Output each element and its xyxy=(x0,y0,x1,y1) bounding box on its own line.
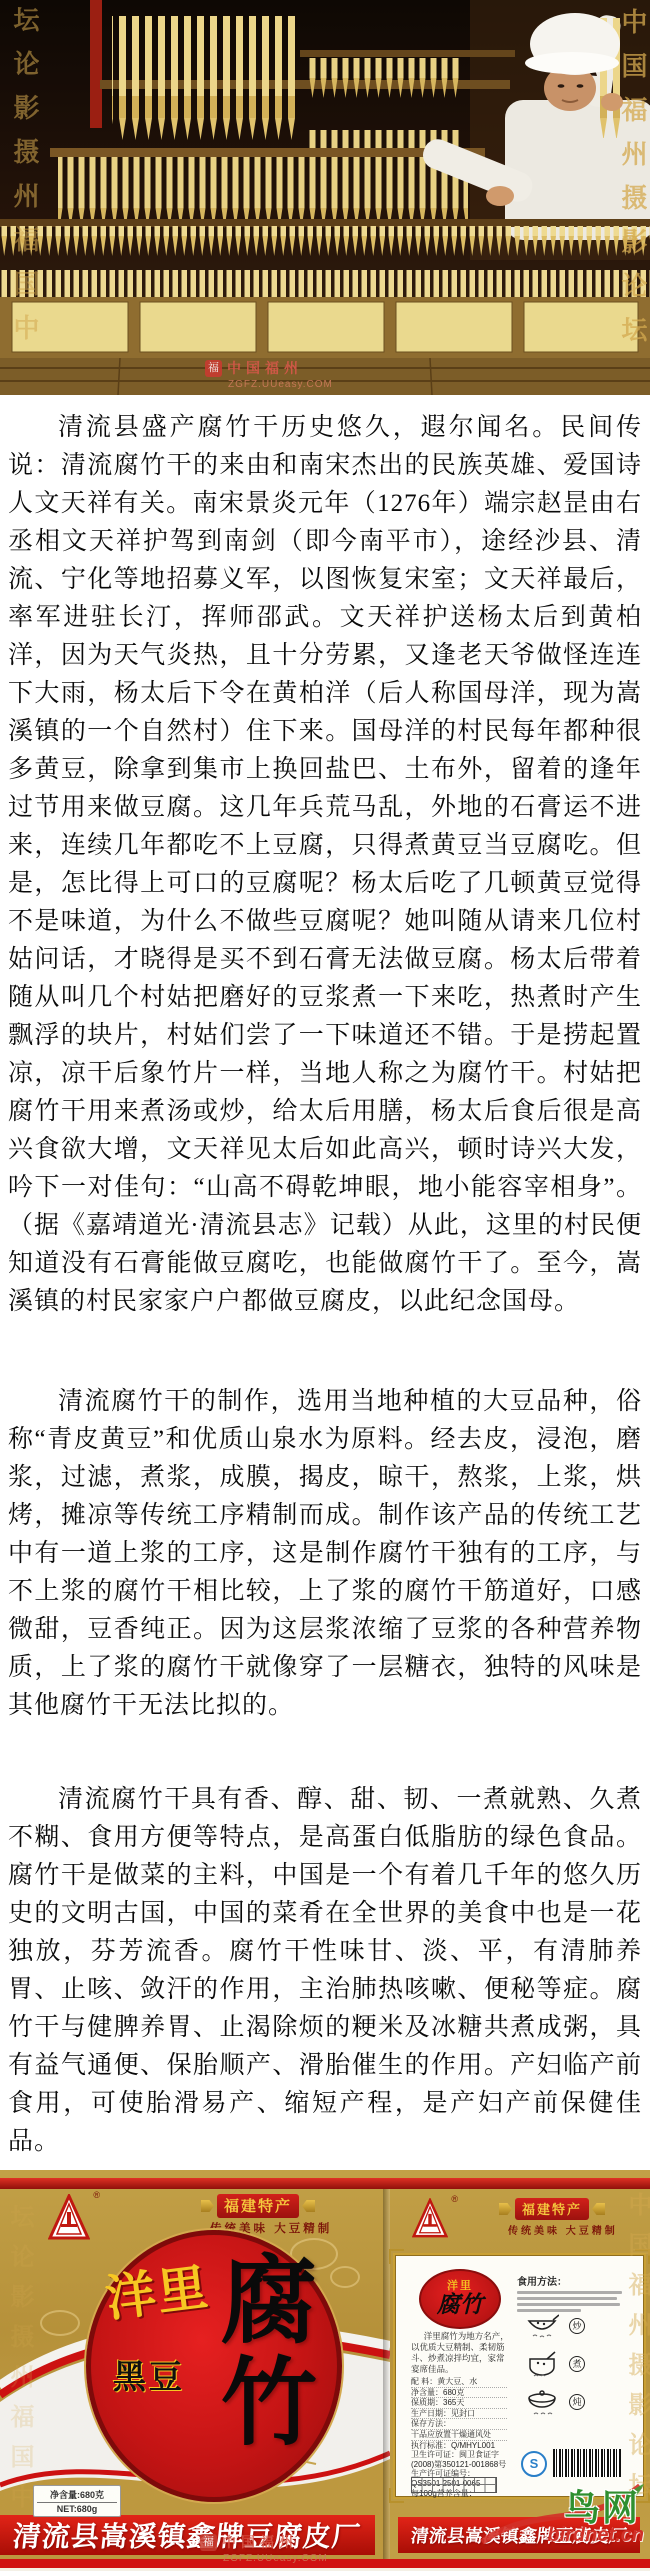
field-line: (2008)第350121-001868号 xyxy=(411,2460,507,2470)
badge-wing-icon xyxy=(201,2200,214,2212)
side-oval-logo: 洋里 腐竹 xyxy=(419,2269,501,2329)
page: 坛论影摄州福国中 中国福州摄影论坛 福 中国福州 ZGFZ.UUeasy.COM… xyxy=(0,0,650,2571)
cook-label: 炒 xyxy=(569,2318,585,2334)
worker-hand xyxy=(486,186,514,206)
product-name: 腐竹 xyxy=(213,2251,325,2455)
package-watermark-right-column: 中国福州摄影论坛 xyxy=(620,2192,650,2512)
net-weight-cn: 净含量:680克 xyxy=(37,2488,117,2503)
worker-hand xyxy=(601,93,623,111)
field-line: 净含量：680克 xyxy=(411,2388,507,2399)
variety-name: 黑豆 xyxy=(113,2351,185,2398)
fujian-specialty-badge: 福建特产 xyxy=(496,2198,608,2220)
badge-subtitle: 传统美味 大豆精制 xyxy=(508,2222,618,2237)
yuba-strips-bank xyxy=(0,226,650,300)
fine-print-line xyxy=(517,2297,617,2300)
drying-trays xyxy=(0,297,650,358)
net-weight-badge: 净含量:680克 NET:680g xyxy=(33,2485,121,2517)
usage-instructions: 食用方法： xyxy=(517,2273,629,2315)
cooking-method-row: 炖 xyxy=(525,2389,630,2415)
birdnet-watermark: 鸟网 birdnet.cn xyxy=(478,2480,646,2568)
fine-print-line xyxy=(517,2291,622,2294)
fine-print-line xyxy=(517,2303,620,2306)
cooking-method-row: 煮 xyxy=(525,2351,630,2377)
cooking-method-row: 炒 xyxy=(525,2313,630,2339)
photo-watermark-center: 福 中国福州 ZGFZ.UUeasy.COM xyxy=(205,358,333,390)
watermark-city-text: 中国福州 xyxy=(227,358,303,378)
fine-print-line xyxy=(517,2309,581,2312)
paragraph-qualities: 清流腐竹干具有香、醇、甜、韧、一煮就熟、久煮不糊、食用方便等特点，是高蛋白低脂肪… xyxy=(8,1781,642,2161)
side-brand-name: 洋里 xyxy=(421,2277,499,2293)
field-line: 执行标准：Q/MHYL001 xyxy=(411,2441,507,2451)
product-package-image: ® 福建特产 传统美味 大豆精制 洋 xyxy=(0,2170,650,2571)
registered-mark: ® xyxy=(93,2190,100,2200)
watermark-site-text: ZGFZ.UUeasy.COM xyxy=(228,379,333,390)
field-line: 保质期：365天 xyxy=(411,2398,507,2409)
paragraph-legend: 清流县盛产腐竹干历史悠久，遐尔闻名。民间传说：清流腐竹干的来由和南宋杰出的民族英… xyxy=(8,409,642,1321)
field-line: 配 料：黄大豆、水 xyxy=(411,2377,507,2388)
barcode xyxy=(553,2449,621,2477)
product-description: 洋里腐竹为地方名产，以优质大豆精制、柔韧筋斗、炒煮凉拌均宜，家常宴席佳品。 xyxy=(411,2331,511,2375)
side-info-card: 洋里 腐竹 食用方法： 炒 xyxy=(393,2253,646,2499)
field-line: 干品应放置干燥通风处 xyxy=(411,2430,507,2441)
watermark-seal-icon: 福 xyxy=(200,2534,217,2551)
birdnet-url: birdnet.cn xyxy=(547,2524,644,2547)
article-body: 清流县盛产腐竹干历史悠久，遐尔闻名。民间传说：清流腐竹干的来由和南宋杰出的民族英… xyxy=(0,395,650,2170)
package-top-stripe xyxy=(0,2178,650,2189)
watermark-city-text: 中国福州 xyxy=(222,2532,298,2552)
badge-wing-icon xyxy=(499,2203,512,2215)
red-pole xyxy=(90,0,102,128)
yuba-strips-bank xyxy=(112,16,297,144)
qs-mark-icon: S xyxy=(521,2451,547,2477)
side-product-name: 腐竹 xyxy=(421,2293,499,2317)
yuba-strips-bank xyxy=(305,58,460,150)
brand-name: 洋里 xyxy=(101,2247,213,2331)
yuba-workshop-illustration xyxy=(0,0,650,395)
cook-label: 煮 xyxy=(569,2356,585,2372)
pot-icon xyxy=(525,2351,559,2377)
field-line: 保存方法： xyxy=(411,2419,507,2430)
casserole-icon xyxy=(525,2389,559,2415)
watermark-seal-icon: 福 xyxy=(205,360,222,377)
field-line: 生产日期：见封口 xyxy=(411,2409,507,2420)
yuba-workshop-photo: 坛论影摄州福国中 中国福州摄影论坛 福 中国福州 ZGFZ.UUeasy.COM xyxy=(0,0,650,395)
cooking-methods: 炒 煮 xyxy=(525,2313,630,2427)
cloud-ornament xyxy=(330,2266,360,2288)
cook-label: 炖 xyxy=(569,2394,585,2410)
card-corner-ornament xyxy=(389,2488,404,2503)
badge-wing-icon xyxy=(302,2200,315,2212)
registered-mark: ® xyxy=(451,2194,458,2204)
brand-triangle-logo: ® xyxy=(48,2194,90,2247)
fujian-specialty-badge: 福建特产 xyxy=(198,2194,318,2218)
package-watermark-left-column: 坛论影摄州福国中 xyxy=(2,2204,37,2524)
front-oval-label: 洋里 黑豆 腐竹 xyxy=(86,2230,342,2502)
badge-wing-icon xyxy=(592,2203,605,2215)
package-fold-shadow xyxy=(383,2189,390,2571)
wok-icon xyxy=(525,2313,559,2339)
field-line: 卫生许可证：闽卫食证字 xyxy=(411,2450,507,2460)
paragraph-production: 清流腐竹干的制作，选用当地种植的大豆品种，俗称“青皮黄豆”和优质山泉水为原料。经… xyxy=(8,1383,642,1725)
net-weight-en: NET:680g xyxy=(37,2503,117,2514)
package-watermark-center: 福 中国福州 ZGFZ.UUeasy.COM xyxy=(200,2532,328,2564)
watermark-site-text: ZGFZ.UUeasy.COM xyxy=(223,2553,328,2564)
card-corner-ornament xyxy=(389,2249,404,2264)
badge-label: 福建特产 xyxy=(515,2198,589,2220)
brand-triangle-logo: ® xyxy=(412,2198,448,2245)
badge-label: 福建特产 xyxy=(217,2194,299,2218)
usage-title: 食用方法： xyxy=(517,2273,629,2288)
